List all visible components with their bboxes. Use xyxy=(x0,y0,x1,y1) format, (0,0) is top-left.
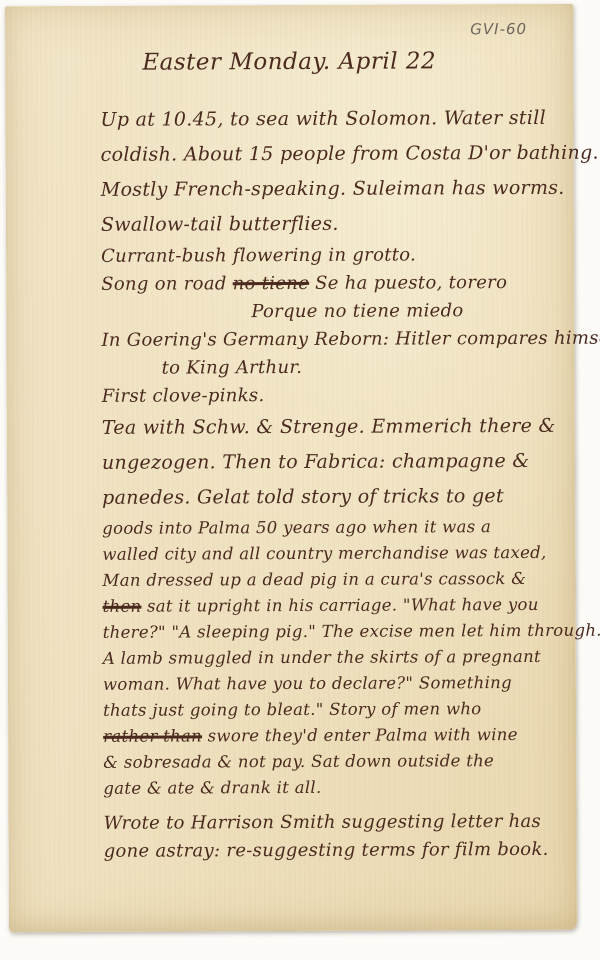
diary-line: then sat it upright in his carriage. "Wh… xyxy=(103,592,562,620)
diary-line: & sobresada & not pay. Sat down outside … xyxy=(103,748,562,776)
diary-line: Porque no tiene miedo xyxy=(101,297,560,327)
diary-line: walled city and all country merchandise … xyxy=(102,540,561,568)
line-text: coldish. About 15 people from Costa D'or… xyxy=(101,142,599,166)
line-text: Se ha puesto, torero xyxy=(309,272,507,294)
line-text: Man dressed up a dead pig in a cura's ca… xyxy=(102,569,526,590)
diary-line: Swallow-tail butterflies. xyxy=(101,206,560,243)
line-text: Mostly French-speaking. Suleiman has wor… xyxy=(101,177,565,201)
line-text: A lamb smuggled in under the skirts of a… xyxy=(103,647,541,668)
scanned-photo: GVI-60 Easter Monday. April 22 Up at 10.… xyxy=(0,0,600,960)
line-text: to King Arthur. xyxy=(162,357,303,379)
line-text: goods into Palma 50 years ago when it wa… xyxy=(102,517,491,538)
line-text: gate & ate & drank it all. xyxy=(103,778,321,798)
archive-number: GVI-60 xyxy=(470,20,527,38)
entry-body: Up at 10.45, to sea with Solomon. Water … xyxy=(100,101,562,866)
line-text: & sobresada & not pay. Sat down outside … xyxy=(103,751,494,772)
diary-line: First clove-pinks. xyxy=(102,381,561,411)
line-text: sat it upright in his carriage. "What ha… xyxy=(141,595,538,616)
diary-line: panedes. Gelat told story of tricks to g… xyxy=(102,479,561,516)
diary-line: A lamb smuggled in under the skirts of a… xyxy=(103,644,562,672)
diary-line: ungezogen. Then to Fabrica: champagne & xyxy=(102,444,561,481)
diary-line: rather than swore they'd enter Palma wit… xyxy=(103,722,562,750)
struck-text: then xyxy=(103,597,142,616)
diary-line: Mostly French-speaking. Suleiman has wor… xyxy=(101,171,560,208)
diary-page: GVI-60 Easter Monday. April 22 Up at 10.… xyxy=(5,4,577,932)
line-text: Currant-bush flowering in grotto. xyxy=(101,244,416,266)
diary-line: thats just going to bleat." Story of men… xyxy=(103,696,562,724)
diary-line: gate & ate & drank it all. xyxy=(103,774,562,802)
line-text: Up at 10.45, to sea with Solomon. Water … xyxy=(100,107,546,131)
diary-line: Man dressed up a dead pig in a cura's ca… xyxy=(102,566,561,594)
diary-line: goods into Palma 50 years ago when it wa… xyxy=(102,514,561,542)
struck-text: no tiene xyxy=(233,273,310,294)
line-text: gone astray: re-suggesting terms for fil… xyxy=(104,839,549,862)
line-text: In Goering's Germany Reborn: Hitler comp… xyxy=(101,328,600,351)
diary-line: to King Arthur. xyxy=(102,353,561,383)
line-text: First clove-pinks. xyxy=(102,385,265,407)
line-text: panedes. Gelat told story of tricks to g… xyxy=(102,485,504,509)
diary-line: coldish. About 15 people from Costa D'or… xyxy=(101,136,560,173)
diary-line: Song on road no tiene Se ha puesto, tore… xyxy=(101,269,560,299)
entry-date-heading: Easter Monday. April 22 xyxy=(5,48,573,76)
line-text: Wrote to Harrison Smith suggesting lette… xyxy=(104,811,542,834)
diary-line: Wrote to Harrison Smith suggesting lette… xyxy=(103,808,562,838)
diary-line: Currant-bush flowering in grotto. xyxy=(101,241,560,271)
line-text: thats just going to bleat." Story of men… xyxy=(103,699,482,720)
diary-line: Tea with Schw. & Strenge. Emmerich there… xyxy=(102,409,561,446)
line-text: walled city and all country merchandise … xyxy=(102,543,546,564)
diary-line: woman. What have you to declare?" Someth… xyxy=(103,670,562,698)
line-text: swore they'd enter Palma with wine xyxy=(202,725,518,745)
struck-text: rather than xyxy=(103,726,202,745)
line-text: Swallow-tail butterflies. xyxy=(101,213,339,236)
line-text: Porque no tiene miedo xyxy=(251,300,463,322)
line-text: ungezogen. Then to Fabrica: champagne & xyxy=(102,450,530,474)
line-text: Tea with Schw. & Strenge. Emmerich there… xyxy=(102,415,556,439)
line-text: woman. What have you to declare?" Someth… xyxy=(103,673,512,694)
diary-line: Up at 10.45, to sea with Solomon. Water … xyxy=(100,101,559,138)
line-text: Song on road xyxy=(101,273,233,295)
diary-line: there?" "A sleeping pig." The excise men… xyxy=(103,618,562,646)
line-text: there?" "A sleeping pig." The excise men… xyxy=(103,621,600,642)
diary-line: gone astray: re-suggesting terms for fil… xyxy=(104,836,563,866)
diary-line: In Goering's Germany Reborn: Hitler comp… xyxy=(101,325,560,355)
